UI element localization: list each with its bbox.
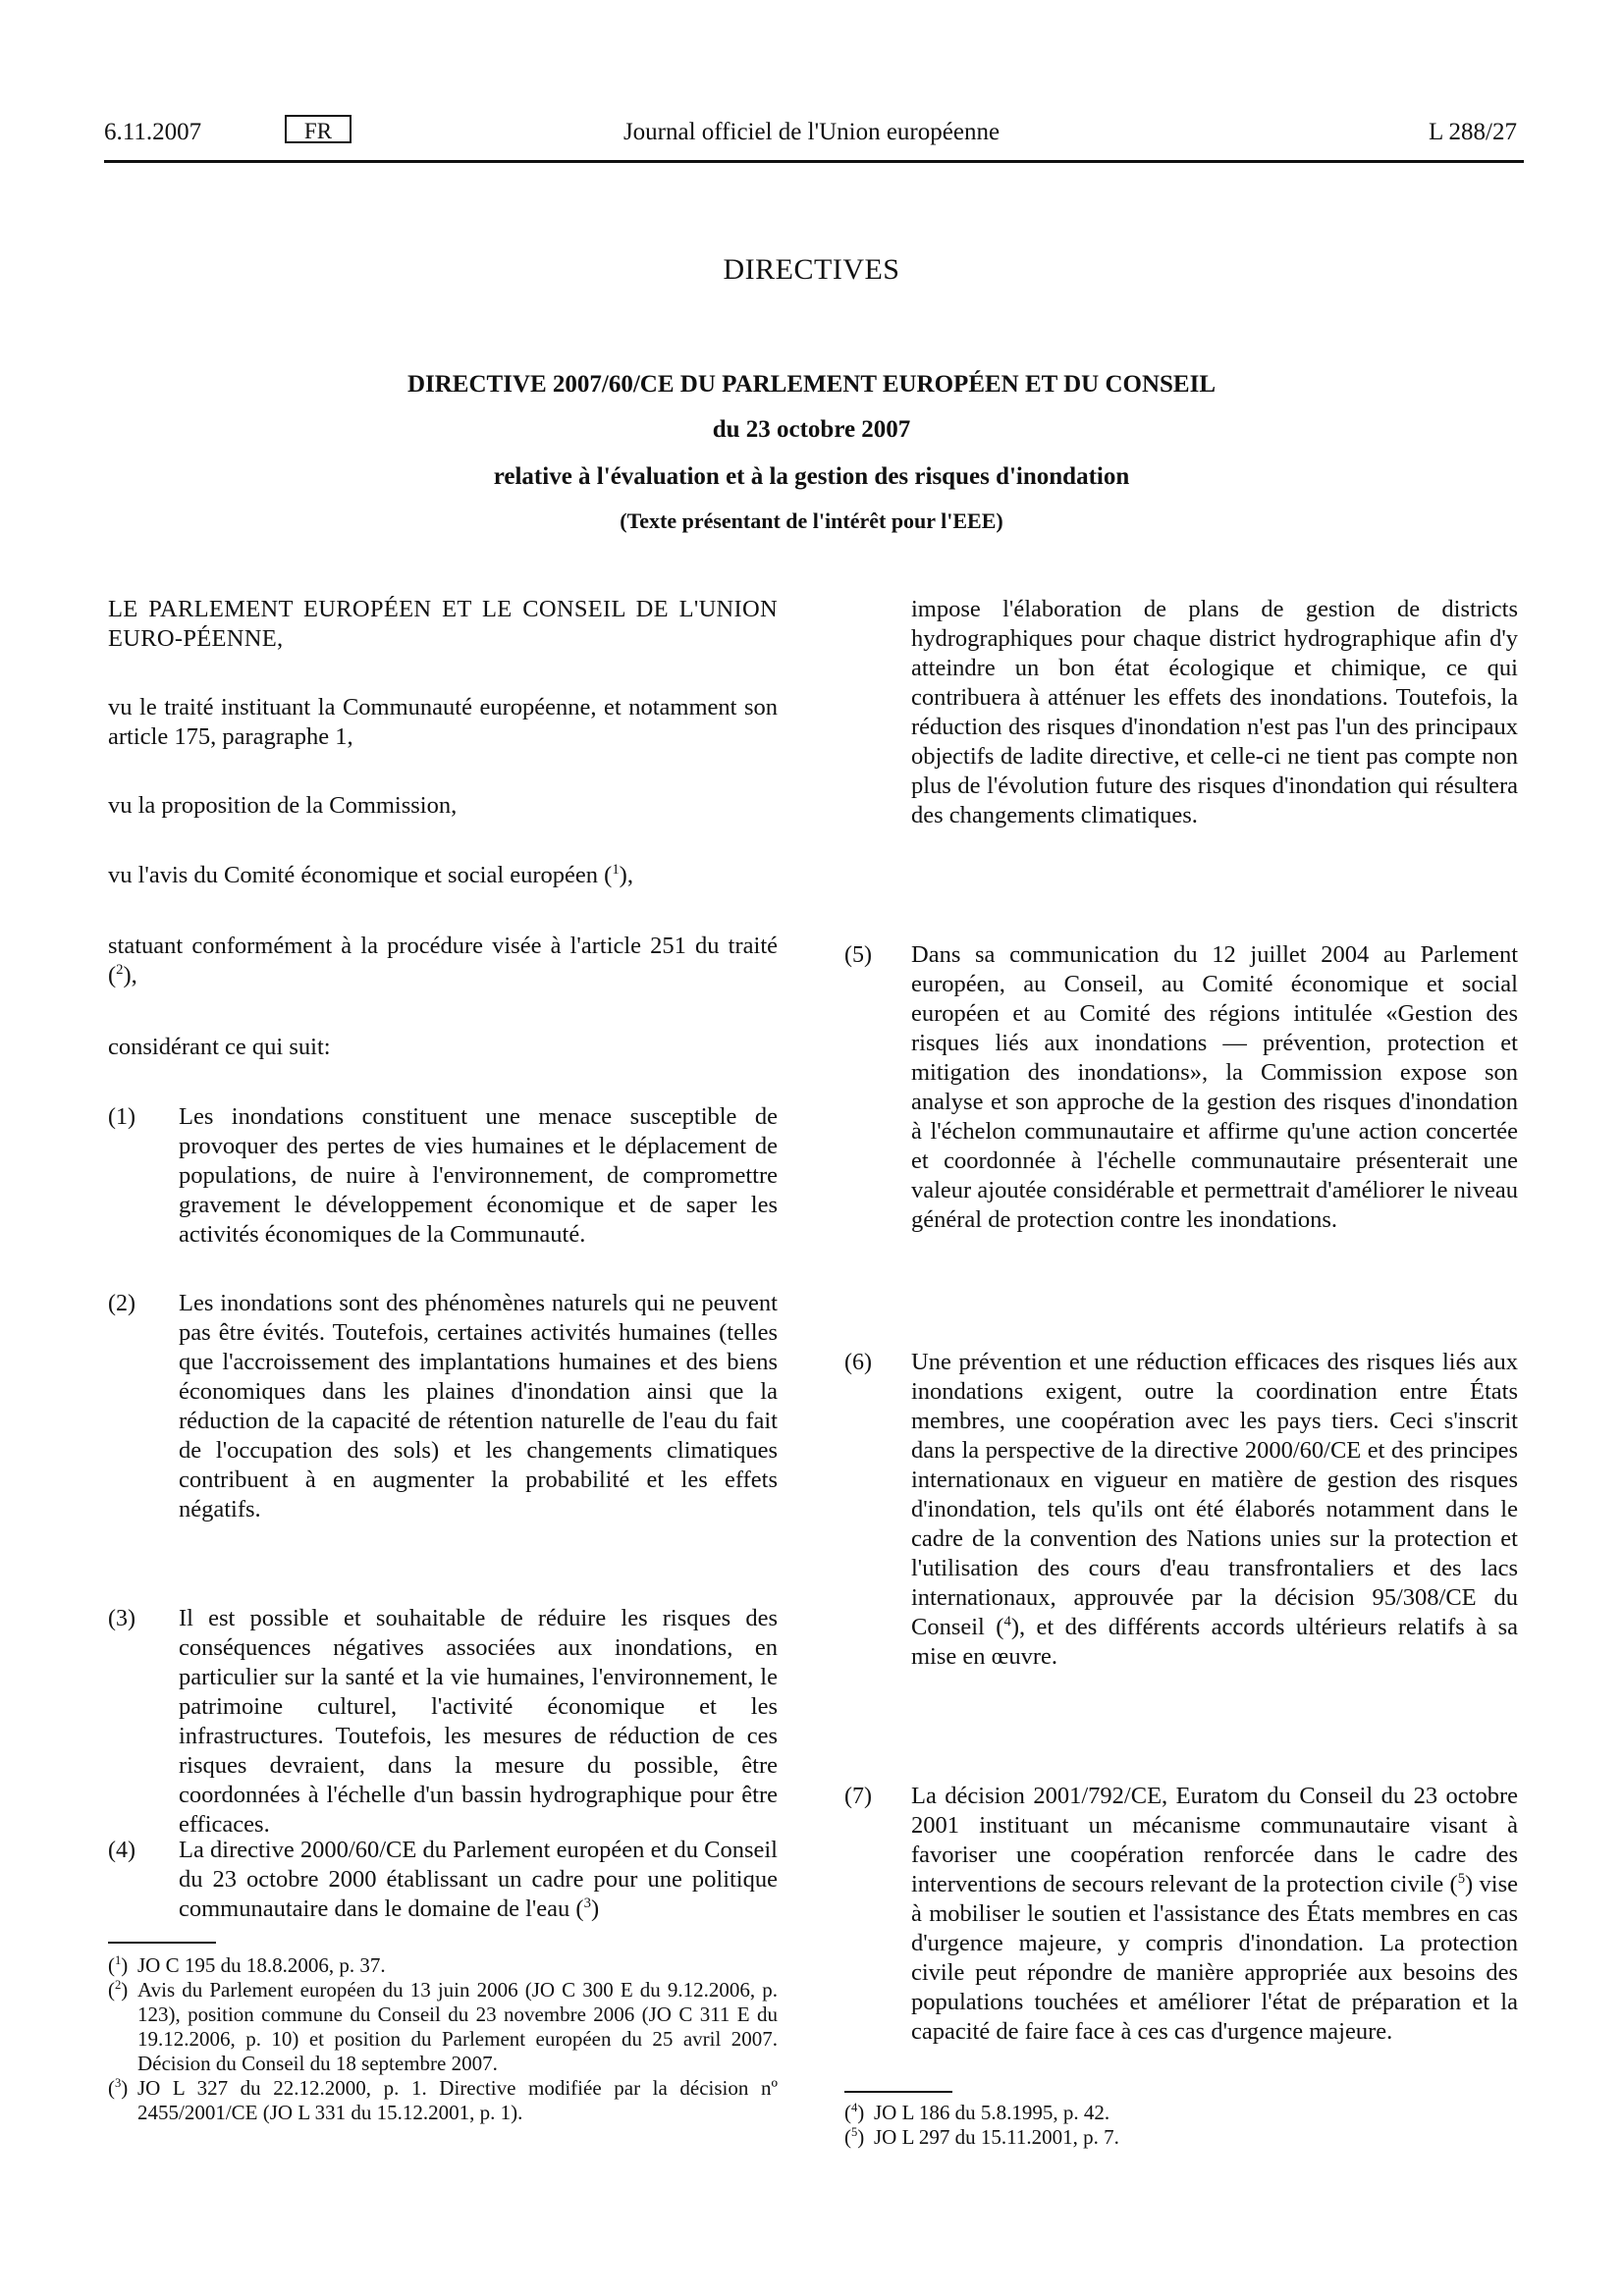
footnote-5: (5) JO L 297 du 15.11.2001, p. 7. xyxy=(844,2125,1518,2150)
header-divider xyxy=(104,160,1524,163)
footnote-mark: (5) xyxy=(844,2125,874,2150)
recital-number: (2) xyxy=(108,1289,135,1318)
recital-number: (3) xyxy=(108,1604,135,1633)
footnote-mark: (1) xyxy=(108,1953,137,1978)
footnote-ref-3[interactable]: 3 xyxy=(584,1896,591,1911)
recital-number: (7) xyxy=(844,1782,872,1811)
footnote-text: Avis du Parlement européen du 13 juin 20… xyxy=(137,1978,778,2076)
footnotes-right: (4) JO L 186 du 5.8.1995, p. 42. (5) JO … xyxy=(844,2101,1518,2150)
directive-subject: relative à l'évaluation et à la gestion … xyxy=(0,463,1623,491)
citation-text-after: ), xyxy=(124,962,137,988)
directive-title: DIRECTIVE 2007/60/CE DU PARLEMENT EUROPÉ… xyxy=(0,371,1623,399)
recital-4: La directive 2000/60/CE du Parlement eur… xyxy=(179,1836,778,1924)
footnote-ref-1[interactable]: 1 xyxy=(612,862,619,878)
recital-number: (6) xyxy=(844,1348,872,1377)
recital-3: Il est possible et souhaitable de réduir… xyxy=(179,1604,778,1840)
footnote-3: (3) JO L 327 du 22.12.2000, p. 1. Direct… xyxy=(108,2076,778,2125)
footnote-text: JO C 195 du 18.8.2006, p. 37. xyxy=(137,1953,778,1978)
citation-esc-opinion: vu l'avis du Comité économique et social… xyxy=(108,861,778,890)
footnote-text: JO L 327 du 22.12.2000, p. 1. Directive … xyxy=(137,2076,778,2125)
citation-commission: vu la proposition de la Commission, xyxy=(108,791,778,821)
footnote-divider xyxy=(844,2091,952,2093)
recital-text: La directive 2000/60/CE du Parlement eur… xyxy=(179,1837,778,1922)
footnote-mark: (2) xyxy=(108,1978,137,2076)
preamble-authority: LE PARLEMENT EUROPÉEN ET LE CONSEIL DE L… xyxy=(108,595,778,654)
footnote-mark: (4) xyxy=(844,2101,874,2125)
recital-number: (4) xyxy=(108,1836,135,1865)
citation-treaty: vu le traité instituant la Communauté eu… xyxy=(108,693,778,752)
recital-text: Une prévention et une réduction efficace… xyxy=(911,1349,1518,1640)
footnote-2: (2) Avis du Parlement européen du 13 jui… xyxy=(108,1978,778,2076)
recital-6: Une prévention et une réduction efficace… xyxy=(911,1348,1518,1672)
recital-number: (1) xyxy=(108,1102,135,1132)
citation-text: vu l'avis du Comité économique et social… xyxy=(108,862,612,888)
footnote-mark: (3) xyxy=(108,2076,137,2125)
footnote-divider xyxy=(108,1942,216,1944)
footnote-1: (1) JO C 195 du 18.8.2006, p. 37. xyxy=(108,1953,778,1978)
recital-1: Les inondations constituent une menace s… xyxy=(179,1102,778,1250)
footnote-4: (4) JO L 186 du 5.8.1995, p. 42. xyxy=(844,2101,1518,2125)
footnote-ref-5[interactable]: 5 xyxy=(1458,1871,1465,1887)
recital-5: Dans sa communication du 12 juillet 2004… xyxy=(911,940,1518,1235)
journal-title: Journal officiel de l'Union européenne xyxy=(0,118,1623,147)
citation-text-after: ), xyxy=(620,862,633,888)
citation-text: statuant conformément à la procédure vis… xyxy=(108,933,778,988)
footnotes-left: (1) JO C 195 du 18.8.2006, p. 37. (2) Av… xyxy=(108,1953,778,2125)
recital-text: La décision 2001/792/CE, Euratom du Cons… xyxy=(911,1783,1518,1897)
considering-intro: considérant ce qui suit: xyxy=(108,1033,778,1062)
recital-2: Les inondations sont des phénomènes natu… xyxy=(179,1289,778,1524)
recital-text-after: ) xyxy=(591,1896,599,1922)
citation-procedure: statuant conformément à la procédure vis… xyxy=(108,932,778,990)
recital-4-continuation: impose l'élaboration de plans de gestion… xyxy=(911,595,1518,830)
footnote-ref-2[interactable]: 2 xyxy=(116,962,123,978)
section-title: DIRECTIVES xyxy=(0,253,1623,287)
footnote-text: JO L 186 du 5.8.1995, p. 42. xyxy=(874,2101,1518,2125)
eea-relevance-note: (Texte présentant de l'intérêt pour l'EE… xyxy=(0,508,1623,534)
recital-number: (5) xyxy=(844,940,872,970)
footnote-ref-4[interactable]: 4 xyxy=(1003,1614,1010,1629)
directive-date: du 23 octobre 2007 xyxy=(0,416,1623,444)
recital-7: La décision 2001/792/CE, Euratom du Cons… xyxy=(911,1782,1518,2047)
footnote-text: JO L 297 du 15.11.2001, p. 7. xyxy=(874,2125,1518,2150)
page-reference: L 288/27 xyxy=(1429,118,1517,147)
